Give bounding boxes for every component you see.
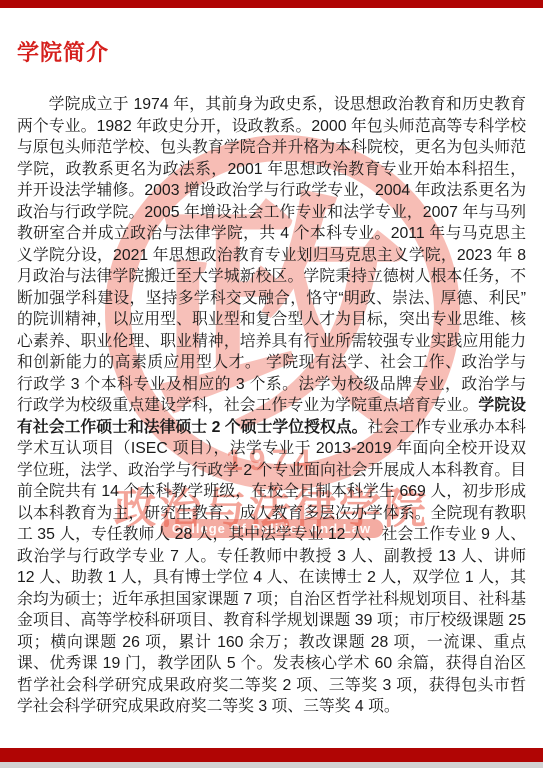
- document-page: 政 1974 政治与法律学院 College Of Politics And L…: [0, 0, 543, 768]
- page-title: 学院简介: [17, 40, 526, 66]
- intro-text-part2: 社会工作专业承办本科学术互认项目（ISEC 项目），法学专业于 2013-201…: [17, 419, 526, 716]
- intro-paragraph: 学院成立于 1974 年，其前身为政史系，设思想政治教育和历史教育两个专业。19…: [17, 94, 526, 718]
- intro-text-part1: 学院成立于 1974 年，其前身为政史系，设思想政治教育和历史教育两个专业。19…: [17, 96, 526, 414]
- bottom-gray-strip: [0, 762, 543, 768]
- bottom-accent-bar: [0, 748, 543, 762]
- page-content: 学院简介 学院成立于 1974 年，其前身为政史系，设思想政治教育和历史教育两个…: [17, 40, 526, 718]
- top-accent-bar: [0, 0, 543, 8]
